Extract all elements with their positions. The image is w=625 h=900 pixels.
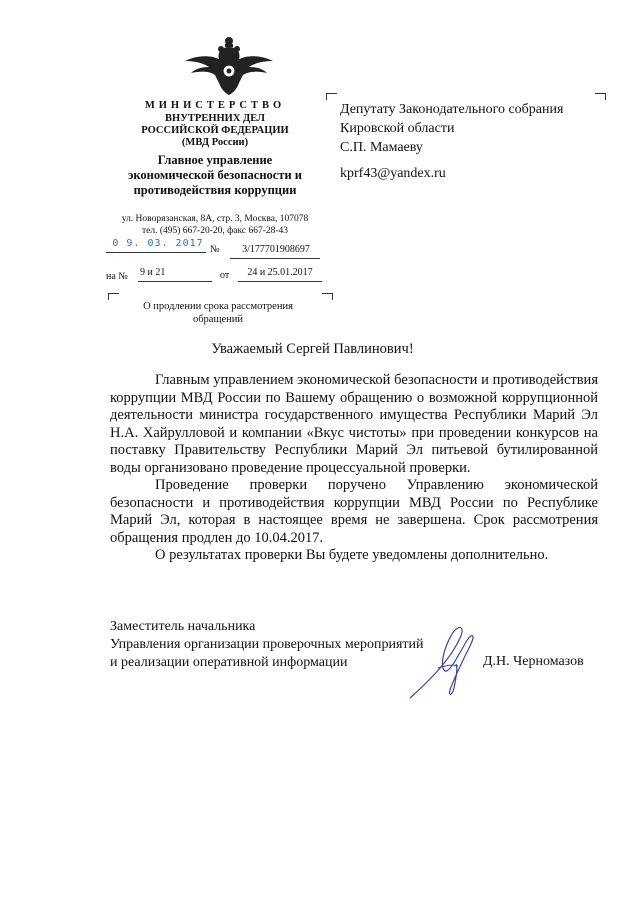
date-underline <box>106 252 206 253</box>
number-underline <box>230 258 320 259</box>
recipient-name: С.П. Мамаеву <box>340 138 563 157</box>
recipient-email: kprf43@yandex.ru <box>340 166 446 182</box>
letter-subject: О продлении срока рассмотрения обращений <box>118 300 318 326</box>
body-paragraph: О результатах проверки Вы будете уведомл… <box>110 547 598 565</box>
recipient-line2: Кировской области <box>340 119 563 138</box>
date-stamp: 0 9. 03. 2017 <box>112 238 204 249</box>
body-paragraph: Проведение проверки поручено Управлению … <box>110 477 598 547</box>
address-line2: тел. (495) 667-20-20, факс 667-28-43 <box>100 225 330 237</box>
signatory-title-line1: Заместитель начальника <box>110 618 424 636</box>
department-line1: Главное управление <box>100 153 330 168</box>
recipient-line1: Депутату Законодательного собрания <box>340 100 563 119</box>
address-line1: ул. Новорязанская, 8А, стр. 3, Москва, 1… <box>100 213 330 225</box>
signatory-title-line3: и реализации оперативной информации <box>110 654 424 672</box>
from-label: от <box>220 270 229 281</box>
department-line3: противодействия коррупции <box>100 183 330 198</box>
recipient-corner-right <box>595 93 606 100</box>
department-line2: экономической безопасности и <box>100 168 330 183</box>
number-label: № <box>210 244 220 255</box>
department-address: ул. Новорязанская, 8А, стр. 3, Москва, 1… <box>100 213 330 237</box>
recipient-block: Депутату Законодательного собрания Киров… <box>340 100 563 157</box>
department-name: Главное управление экономической безопас… <box>100 153 330 198</box>
reply-to-label: на № <box>106 271 128 282</box>
letter-body: Главным управлением экономической безопа… <box>110 372 598 565</box>
from-underline <box>238 281 322 282</box>
subject-corner-right <box>322 293 333 300</box>
ministry-name: МИНИСТЕРСТВО <box>100 100 330 111</box>
recipient-corner-left <box>326 93 337 100</box>
subject-corner-left <box>108 293 119 300</box>
signatory-title: Заместитель начальника Управления органи… <box>110 618 424 672</box>
ministry-abbreviation: (МВД России) <box>100 137 330 148</box>
double-headed-eagle-emblem <box>183 35 275 97</box>
handwritten-signature <box>400 620 490 700</box>
outgoing-number: 3/177701908697 <box>232 244 320 255</box>
reply-to-number: 9 и 21 <box>140 267 165 278</box>
body-paragraph: Главным управлением экономической безопа… <box>110 372 598 477</box>
ministry-name-line2: ВНУТРЕННИХ ДЕЛ <box>100 113 330 124</box>
signatory-title-line2: Управления организации проверочных мероп… <box>110 636 424 654</box>
ministry-name-line3: РОССИЙСКОЙ ФЕДЕРАЦИИ <box>100 125 330 136</box>
from-date: 24 и 25.01.2017 <box>240 267 320 278</box>
signatory-name: Д.Н. Черномазов <box>483 654 584 670</box>
greeting: Уважаемый Сергей Павлинович! <box>0 341 625 358</box>
reply-to-underline <box>138 281 212 282</box>
